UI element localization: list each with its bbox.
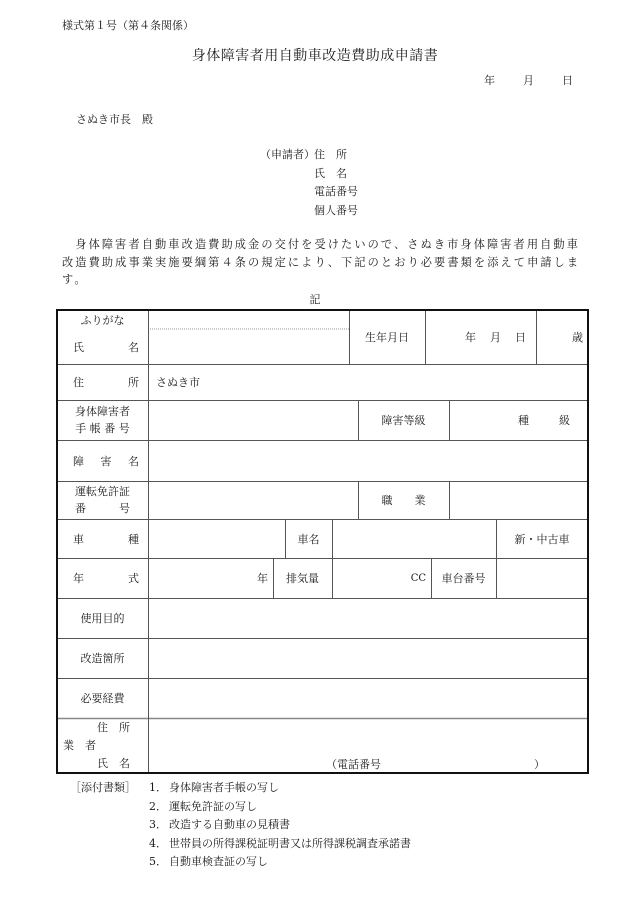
vendor-name-label: 氏名	[57, 755, 148, 773]
attachments-list: 1．身体障害者手帳の写し 2．運転免許証の写し 3．改造する自動車の見積書 4．…	[149, 779, 411, 872]
attachment-text: 自動車検査証の写し	[169, 855, 268, 868]
age-input[interactable]: 歳	[536, 310, 588, 364]
applicant-label: （申請者）	[260, 146, 315, 165]
attachment-item: 4．世帯員の所得課税証明書又は所得課税調査承諾書	[149, 835, 411, 854]
license-number-input[interactable]	[149, 481, 358, 519]
occupation-char: 業	[415, 492, 426, 508]
birthdate-label: 生年月日	[349, 310, 425, 364]
handbook-number-label: 身体障害者 手 帳 番 号	[57, 400, 148, 440]
date-day-label: 日	[562, 72, 573, 88]
modification-input[interactable]	[149, 638, 588, 678]
attachment-text: 身体障害者手帳の写し	[169, 781, 279, 794]
attachment-item: 2．運転免許証の写し	[149, 798, 411, 817]
vendor-label: 住所 業者 氏名	[57, 719, 148, 773]
birth-month-unit: 月	[490, 329, 501, 345]
vehicle-type-char: 車	[73, 531, 84, 547]
vendor-phone-open: （電話番号	[326, 756, 381, 772]
car-name-label: 車名	[285, 519, 332, 558]
address-label: 住所	[57, 364, 148, 400]
vendor-address-label: 住所	[57, 719, 148, 737]
new-used-selector[interactable]: 新・中古車	[496, 519, 588, 558]
name-label-char: 氏	[73, 339, 84, 355]
model-year-input[interactable]: 年	[149, 558, 273, 598]
attachment-number: 1．	[149, 779, 169, 798]
modification-label: 改造箇所	[57, 638, 148, 678]
disability-name-char: 害	[101, 453, 112, 469]
applicant-address-field[interactable]: 住 所	[314, 146, 358, 165]
purpose-label: 使用目的	[57, 598, 148, 638]
displacement-label: 排気量	[273, 558, 332, 598]
applicant-mynumber-field[interactable]: 個人番号	[314, 202, 358, 221]
name-label: 氏名	[57, 329, 148, 364]
address-label-char: 所	[128, 374, 139, 390]
address-label-char: 住	[73, 374, 84, 390]
license-label-line2: 番 号	[75, 500, 130, 517]
attachment-item: 1．身体障害者手帳の写し	[149, 779, 411, 798]
vendor-name-char: 氏	[97, 757, 108, 770]
vehicle-type-input[interactable]	[149, 519, 285, 558]
application-statement: 身体障害者自動車改造費助成金の交付を受けたいので、さぬき市身体障害者用自動車改造…	[62, 236, 582, 289]
attachment-text: 世帯員の所得課税証明書又は所得課税調査承諾書	[169, 837, 411, 850]
disability-name-label: 障害名	[57, 440, 148, 481]
handbook-label-line2: 手 帳 番 号	[75, 420, 130, 437]
displacement-unit: CC	[411, 573, 426, 584]
furigana-input[interactable]	[149, 310, 349, 329]
addressee: さぬき市長 殿	[76, 111, 153, 127]
grade-type-unit: 種	[518, 412, 529, 428]
model-year-char: 式	[128, 570, 139, 586]
ki-heading: 記	[0, 291, 630, 307]
vendor-name-char: 名	[119, 757, 130, 770]
grade-level-unit: 級	[559, 412, 570, 428]
date-year-label: 年	[484, 72, 495, 88]
disability-name-char: 名	[128, 453, 139, 469]
car-name-input[interactable]	[332, 519, 496, 558]
occupation-input[interactable]	[449, 481, 588, 519]
occupation-char: 職	[382, 492, 393, 508]
birth-year-unit: 年	[465, 329, 476, 345]
address-prefill: さぬき市	[156, 374, 200, 390]
form-number: 様式第１号（第４条関係）	[62, 17, 194, 33]
vendor-group-label: 業者	[57, 737, 148, 755]
furigana-label: ふりがな	[57, 310, 148, 329]
vendor-group-char: 者	[85, 739, 96, 752]
attachment-item: 5．自動車検査証の写し	[149, 853, 411, 872]
handbook-label-line1: 身体障害者	[75, 403, 130, 420]
occupation-label: 職業	[358, 481, 449, 519]
license-number-label: 運転免許証 番 号	[57, 481, 148, 519]
vendor-address-char: 住	[97, 721, 108, 734]
disability-grade-label: 障害等級	[358, 400, 449, 440]
handbook-number-input[interactable]	[149, 400, 358, 440]
vehicle-type-char: 種	[128, 531, 139, 547]
chassis-number-label: 車台番号	[431, 558, 496, 598]
application-date: 年月日	[484, 72, 573, 88]
model-year-unit: 年	[257, 570, 268, 586]
address-input[interactable]: さぬき市	[149, 364, 588, 400]
applicant-phone-field[interactable]: 電話番号	[314, 183, 358, 202]
attachment-item: 3．改造する自動車の見積書	[149, 816, 411, 835]
birthdate-input[interactable]: 年 月 日	[425, 310, 536, 364]
attachment-text: 運転免許証の写し	[169, 800, 257, 813]
disability-name-char: 障	[73, 453, 84, 469]
purpose-input[interactable]	[149, 598, 588, 638]
attachment-number: 4．	[149, 835, 169, 854]
vendor-group-char: 業	[63, 739, 74, 752]
applicant-name-field[interactable]: 氏 名	[314, 165, 358, 184]
chassis-number-input[interactable]	[496, 558, 588, 598]
displacement-input[interactable]: CC	[332, 558, 431, 598]
vendor-address-char: 所	[119, 721, 130, 734]
disability-grade-input[interactable]: 種 級	[449, 400, 588, 440]
name-label-char: 名	[128, 339, 139, 355]
disability-name-input[interactable]	[149, 440, 588, 481]
model-year-label: 年式	[57, 558, 148, 598]
document-title: 身体障害者用自動車改造費助成申請書	[0, 45, 630, 65]
license-label-line1: 運転免許証	[75, 483, 130, 500]
attachment-text: 改造する自動車の見積書	[169, 818, 290, 831]
age-unit: 歳	[572, 329, 583, 345]
name-input[interactable]	[149, 330, 349, 364]
birth-day-unit: 日	[515, 329, 526, 345]
vendor-phone-close: ）	[534, 756, 545, 772]
date-month-label: 月	[523, 72, 534, 88]
model-year-char: 年	[73, 570, 84, 586]
cost-label: 必要経費	[57, 678, 148, 718]
attachments-heading: ［添付書類］	[70, 779, 136, 798]
cost-input[interactable]	[149, 678, 588, 718]
attachment-number: 2．	[149, 798, 169, 817]
vehicle-type-label: 車種	[57, 519, 148, 558]
attachment-number: 3．	[149, 816, 169, 835]
attachment-number: 5．	[149, 853, 169, 872]
